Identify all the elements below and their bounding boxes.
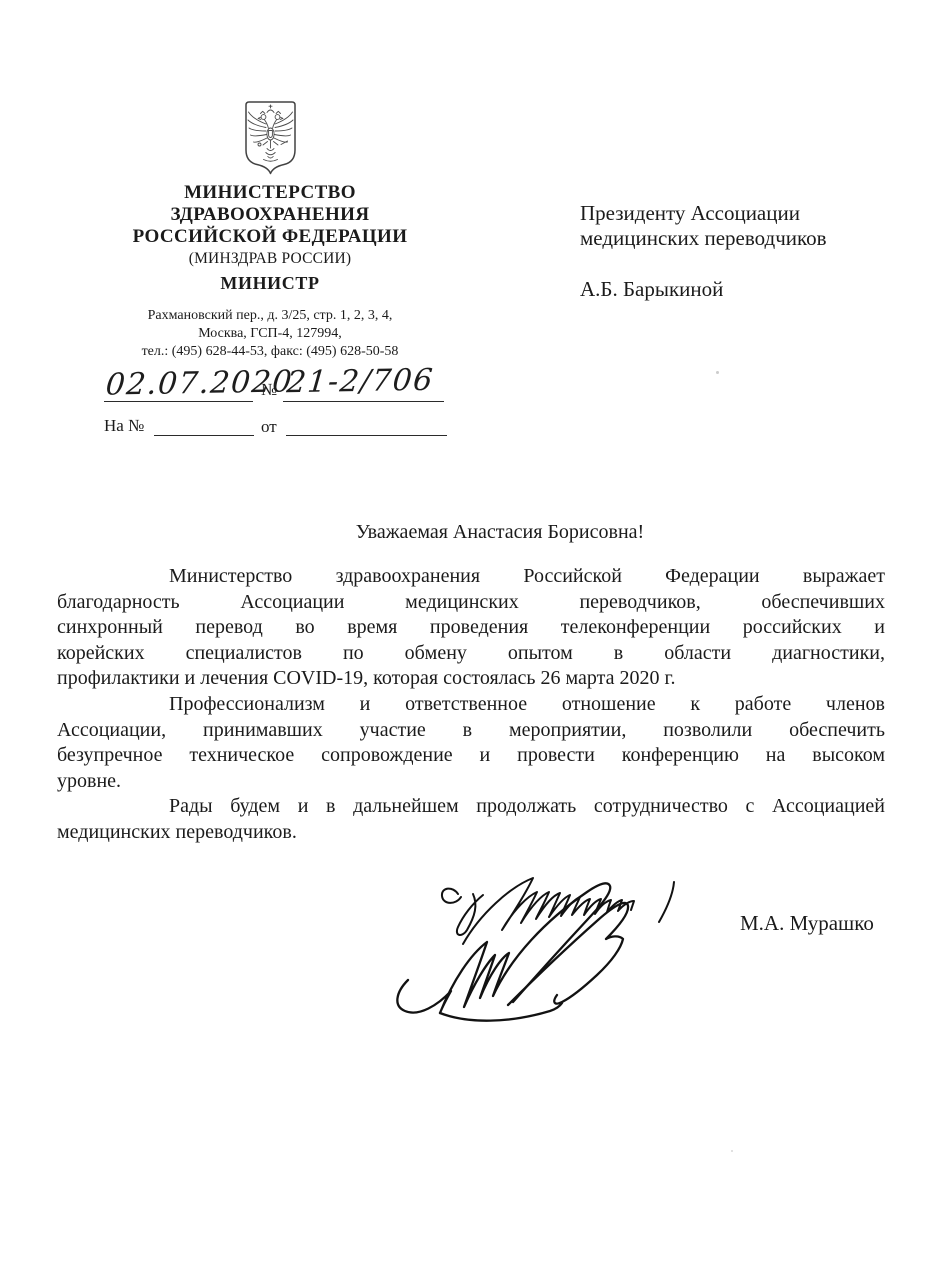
ministry-short-name: (МИНЗДРАВ РОССИИ)	[95, 248, 445, 270]
body-line: Профессионализм и ответственное отношени…	[57, 692, 885, 718]
body-line: медицинских переводчиков.	[57, 820, 885, 846]
body-line: профилактики и лечения COVID-19, которая…	[57, 666, 885, 692]
scan-speck	[731, 1150, 733, 1152]
handwritten-number: 21-2/706	[285, 363, 435, 401]
signature-icon	[390, 853, 700, 1028]
scan-speck	[716, 371, 719, 374]
recipient-block: Президенту Ассоциации медицинских перево…	[580, 201, 900, 251]
signer-name: М.А. Мурашко	[740, 911, 874, 936]
number-sign: №	[261, 380, 277, 400]
body-line: безупречное техническое сопровождение и …	[57, 743, 885, 769]
position-title: МИНИСТР	[95, 273, 445, 294]
reply-date-underline	[286, 435, 447, 436]
reply-from-label: от	[261, 417, 277, 437]
address-line: тел.: (495) 628-44-53, факс: (495) 628-5…	[85, 343, 455, 361]
salutation: Уважаемая Анастасия Борисовна!	[100, 521, 900, 544]
ministry-name-block: МИНИСТЕРСТВО ЗДРАВООХРАНЕНИЯ РОССИЙСКОЙ …	[95, 182, 445, 270]
recipient-name: А.Б. Барыкиной	[580, 277, 723, 302]
body-line: корейских специалистов по обмену опытом …	[57, 641, 885, 667]
body-line: Ассоциации, принимавших участие в меропр…	[57, 718, 885, 744]
double-headed-eagle-icon	[243, 100, 298, 177]
body-line: уровне.	[57, 769, 885, 795]
address-block: Рахмановский пер., д. 3/25, стр. 1, 2, 3…	[85, 307, 455, 361]
address-line: Москва, ГСП-4, 127994,	[85, 325, 455, 343]
letter-body: Министерство здравоохранения Российской …	[57, 564, 885, 846]
body-line: синхронный перевод во время проведения т…	[57, 615, 885, 641]
date-underline	[104, 401, 253, 402]
ministry-line: ЗДРАВООХРАНЕНИЯ	[95, 204, 445, 226]
handwritten-signature	[390, 853, 700, 1028]
scanned-letter-page: МИНИСТЕРСТВО ЗДРАВООХРАНЕНИЯ РОССИЙСКОЙ …	[0, 0, 950, 1280]
reply-prefix: На №	[104, 416, 144, 436]
body-line: Министерство здравоохранения Российской …	[57, 564, 885, 590]
ministry-line: МИНИСТЕРСТВО	[95, 182, 445, 204]
number-underline	[283, 401, 444, 402]
ministry-line: РОССИЙСКОЙ ФЕДЕРАЦИИ	[95, 226, 445, 248]
body-line: Рады будем и в дальнейшем продолжать сот…	[57, 794, 885, 820]
reply-number-underline	[154, 435, 254, 436]
coat-of-arms-emblem	[243, 100, 298, 177]
body-line: благодарность Ассоциации медицинских пер…	[57, 590, 885, 616]
address-line: Рахмановский пер., д. 3/25, стр. 1, 2, 3…	[85, 307, 455, 325]
recipient-line: медицинских переводчиков	[580, 226, 900, 251]
recipient-line: Президенту Ассоциации	[580, 201, 900, 226]
